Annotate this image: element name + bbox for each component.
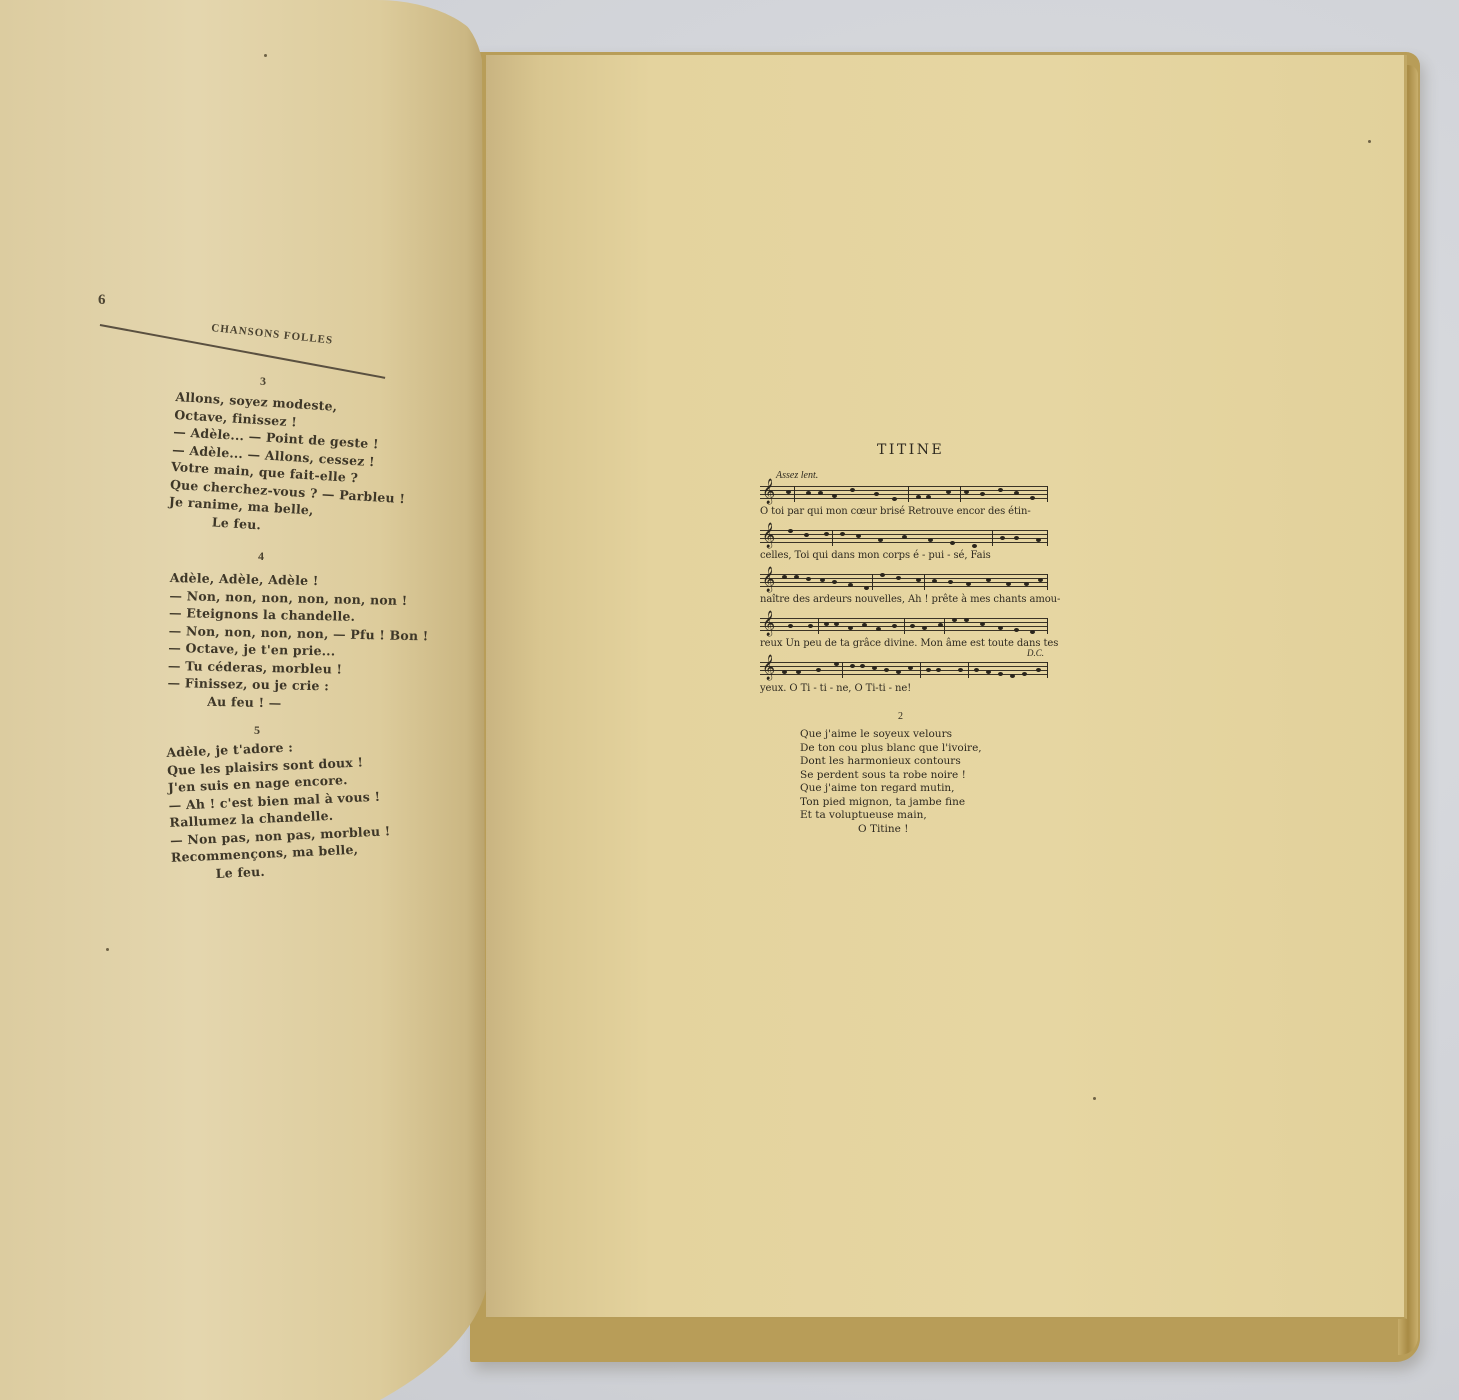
note (850, 664, 855, 668)
note (998, 672, 1003, 676)
treble-clef-icon: 𝄞 (762, 478, 775, 504)
note (874, 492, 879, 496)
da-capo-marking: D.C. (1027, 648, 1044, 658)
barline (1047, 530, 1048, 546)
note (1014, 536, 1019, 540)
note (824, 622, 829, 626)
note (926, 495, 931, 499)
note (958, 668, 963, 672)
verse-line: De ton cou plus blanc que l'ivoire, (800, 742, 982, 756)
note (926, 668, 931, 672)
note (1030, 630, 1035, 634)
note (1014, 491, 1019, 495)
music-lyric-line: celles, Toi qui dans mon corps é - pui -… (760, 550, 1050, 561)
music-lyric-line: yeux. O Ti - ti - ne, O Ti-ti - ne! (760, 683, 1050, 694)
note (892, 497, 897, 501)
staff-system: 𝄞 (760, 570, 1048, 592)
note (946, 490, 951, 494)
barline (1047, 574, 1048, 590)
paper-speck (106, 948, 109, 951)
note (932, 579, 937, 583)
note (1038, 578, 1043, 582)
verse-line: Dont les harmonieux contours (800, 755, 982, 769)
note (806, 577, 811, 581)
note (834, 622, 839, 626)
note (922, 626, 927, 630)
note (816, 668, 821, 672)
barline (832, 530, 833, 546)
staff-lines (760, 574, 1048, 590)
staff-system: 𝄞 (760, 526, 1048, 548)
stanza-number: 4 (258, 549, 264, 564)
staff-lines (760, 662, 1048, 678)
music-lyric-line: O toi par qui mon cœur brisé Retrouve en… (760, 506, 1050, 517)
note (986, 670, 991, 674)
note (1030, 496, 1035, 500)
staff-system: 𝄞 (760, 482, 1048, 504)
note (948, 580, 953, 584)
note (782, 670, 787, 674)
stanza-4: Adèle, Adèle, Adèle ! — Non, non, non, n… (167, 569, 430, 714)
barline (924, 574, 925, 590)
note (974, 668, 979, 672)
stanza-3: Allons, soyez modeste, Octave, finissez … (167, 388, 410, 542)
note (848, 583, 853, 587)
note (998, 488, 1003, 492)
barline (1047, 486, 1048, 502)
note (998, 626, 1003, 630)
staff-lines (760, 486, 1048, 502)
verse-number: 2 (898, 711, 903, 722)
note (818, 491, 823, 495)
note (862, 623, 867, 627)
note (896, 670, 901, 674)
note (872, 666, 877, 670)
barline (872, 574, 873, 590)
paper-speck (1093, 1097, 1096, 1100)
note (860, 664, 865, 668)
note (1036, 538, 1041, 542)
note (786, 490, 791, 494)
note (986, 578, 991, 582)
note (902, 535, 907, 539)
note (834, 662, 839, 666)
note (804, 533, 809, 537)
verse-line: Que j'aime le soyeux velours (800, 728, 982, 742)
barline (968, 662, 969, 678)
note (820, 578, 825, 582)
paper-speck (1368, 140, 1371, 143)
note (916, 578, 921, 582)
staff-system: 𝄞 (760, 614, 1048, 636)
note (964, 618, 969, 622)
note (1000, 536, 1005, 540)
barline (842, 662, 843, 678)
stanza-5: Adèle, je t'adore : Que les plaisirs son… (166, 734, 392, 883)
verse-line: Et ta voluptueuse main, (800, 809, 982, 823)
note (840, 532, 845, 536)
note (966, 582, 971, 586)
barline (992, 530, 993, 546)
note (952, 618, 957, 622)
note (1006, 582, 1011, 586)
note (1036, 668, 1041, 672)
note (908, 666, 913, 670)
note (928, 538, 933, 542)
note (880, 573, 885, 577)
note (884, 668, 889, 672)
barline (1047, 662, 1048, 678)
barline (944, 618, 945, 634)
verse-line: Se perdent sous ta robe noire ! (800, 769, 982, 783)
music-lyric-line: naître des ardeurs nouvelles, Ah ! prête… (760, 594, 1050, 605)
note (1024, 582, 1029, 586)
music-lyric-line: reux Un peu de ta grâce divine. Mon âme … (760, 638, 1050, 649)
note (856, 534, 861, 538)
note (964, 490, 969, 494)
note (896, 576, 901, 580)
note (980, 492, 985, 496)
treble-clef-icon: 𝄞 (762, 566, 775, 592)
note (808, 624, 813, 628)
note (936, 668, 941, 672)
note (950, 541, 955, 545)
stanza-number: 5 (254, 723, 260, 738)
note (824, 532, 829, 536)
note (1022, 672, 1027, 676)
verse-line: O Titine ! (800, 823, 982, 837)
note (832, 494, 837, 498)
note (864, 586, 869, 590)
treble-clef-icon: 𝄞 (762, 654, 775, 680)
page-number: 6 (98, 292, 106, 309)
verse-line: Ton pied mignon, ta jambe fine (800, 796, 982, 810)
note (876, 627, 881, 631)
note (782, 575, 787, 579)
note (1010, 674, 1015, 678)
staff-system: 𝄞 D.C. (760, 658, 1048, 680)
note (788, 529, 793, 533)
note (832, 580, 837, 584)
note (972, 544, 977, 548)
barline (794, 486, 795, 502)
song-title: TITINE (877, 442, 944, 458)
barline (920, 662, 921, 678)
note (910, 624, 915, 628)
note (794, 575, 799, 579)
note (848, 626, 853, 630)
note (788, 624, 793, 628)
note (980, 622, 985, 626)
note (938, 623, 943, 627)
verse-2: Que j'aime le soyeux velours De ton cou … (800, 728, 982, 836)
treble-clef-icon: 𝄞 (762, 522, 775, 548)
note (796, 670, 801, 674)
paper-speck (264, 54, 267, 57)
barline (818, 618, 819, 634)
tempo-marking: Assez lent. (776, 470, 818, 481)
note (878, 538, 883, 542)
note (892, 624, 897, 628)
treble-clef-icon: 𝄞 (762, 610, 775, 636)
barline (960, 486, 961, 502)
stanza-number: 3 (260, 374, 266, 389)
note (806, 491, 811, 495)
barline (904, 618, 905, 634)
verse-line: Que j'aime ton regard mutin, (800, 782, 982, 796)
barline (908, 486, 909, 502)
barline (1047, 618, 1048, 634)
note (916, 495, 921, 499)
note (1014, 628, 1019, 632)
note (850, 488, 855, 492)
